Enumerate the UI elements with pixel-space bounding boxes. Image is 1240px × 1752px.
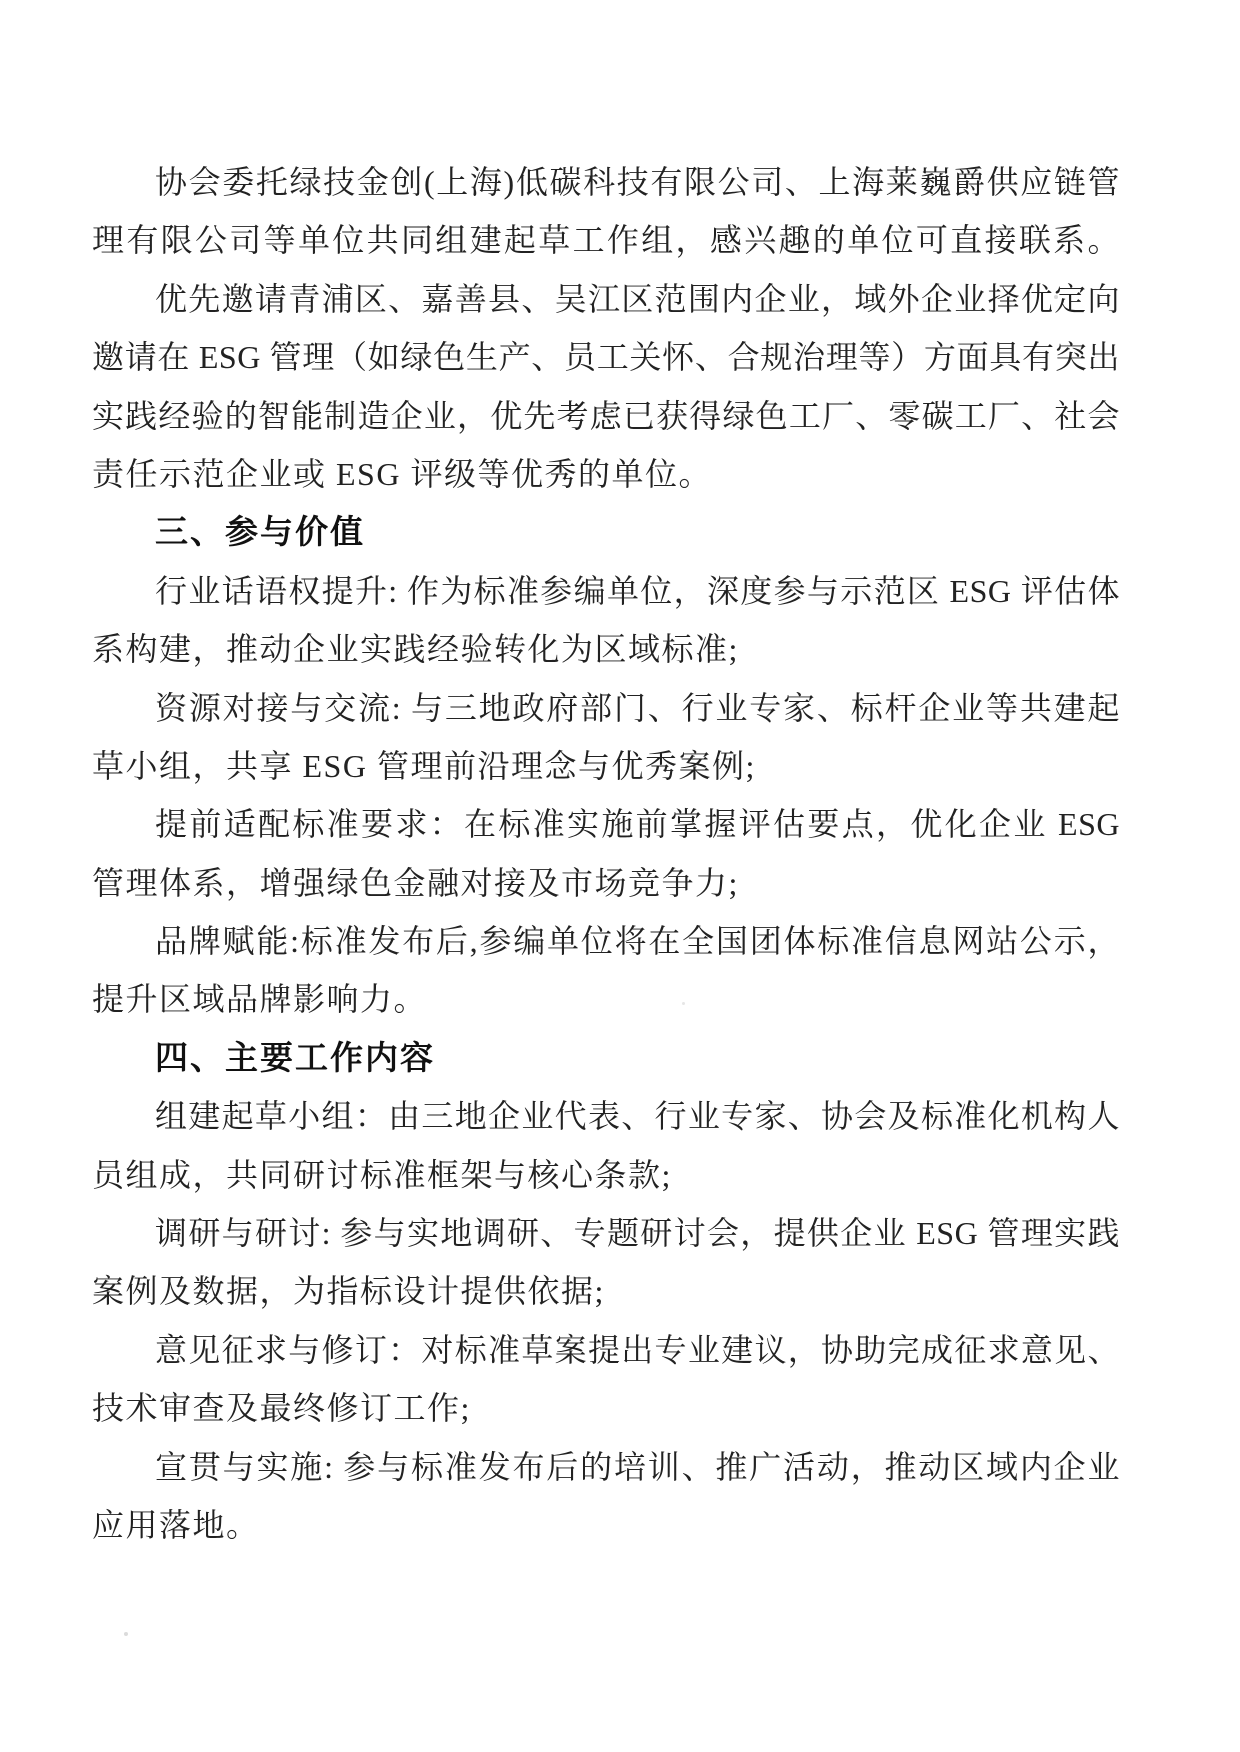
scan-speck: [1054, 295, 1058, 299]
section-heading: 三、参与价值: [92, 503, 1120, 561]
document-body: 协会委托绿技金创(上海)低碳科技有限公司、上海莱巍爵供应链管理有限公司等单位共同…: [92, 153, 1120, 1554]
section-heading: 四、主要工作内容: [92, 1029, 1120, 1087]
text-line: 资源对接与交流: 与三地政府部门、行业专家、标杆企业等共建起: [92, 679, 1120, 737]
text-line: 系构建，推动企业实践经验转化为区域标准;: [92, 620, 1120, 678]
scanned-document-page: 协会委托绿技金创(上海)低碳科技有限公司、上海莱巍爵供应链管理有限公司等单位共同…: [0, 0, 1240, 1752]
text-line: 理有限公司等单位共同组建起草工作组，感兴趣的单位可直接联系。: [92, 211, 1120, 269]
text-line: 行业话语权提升: 作为标准参编单位，深度参与示范区 ESG 评估体: [92, 562, 1120, 620]
text-line: 实践经验的智能制造企业，优先考虑已获得绿色工厂、零碳工厂、社会: [92, 387, 1120, 445]
text-line: 草小组，共享 ESG 管理前沿理念与优秀案例;: [92, 737, 1120, 795]
text-line: 意见征求与修订：对标准草案提出专业建议，协助完成征求意见、: [92, 1321, 1120, 1379]
text-line: 提升区域品牌影响力。: [92, 970, 1120, 1028]
text-line: 调研与研讨: 参与实地调研、专题研讨会，提供企业 ESG 管理实践: [92, 1204, 1120, 1262]
text-line: 协会委托绿技金创(上海)低碳科技有限公司、上海莱巍爵供应链管: [92, 153, 1120, 211]
text-line: 应用落地。: [92, 1496, 1120, 1554]
text-line: 责任示范企业或 ESG 评级等优秀的单位。: [92, 445, 1120, 503]
text-line: 技术审查及最终修订工作;: [92, 1379, 1120, 1437]
text-line: 提前适配标准要求：在标准实施前掌握评估要点，优化企业 ESG: [92, 795, 1120, 853]
text-line: 管理体系，增强绿色金融对接及市场竞争力;: [92, 854, 1120, 912]
text-line: 优先邀请青浦区、嘉善县、吴江区范围内企业，域外企业择优定向: [92, 270, 1120, 328]
scan-speck: [124, 1632, 128, 1636]
scan-speck: [682, 1002, 685, 1005]
text-line: 宣贯与实施: 参与标准发布后的培训、推广活动，推动区域内企业: [92, 1438, 1120, 1496]
text-line: 员组成，共同研讨标准框架与核心条款;: [92, 1146, 1120, 1204]
text-line: 组建起草小组：由三地企业代表、行业专家、协会及标准化机构人: [92, 1087, 1120, 1145]
text-line: 品牌赋能:标准发布后,参编单位将在全国团体标准信息网站公示，: [92, 912, 1120, 970]
text-line: 邀请在 ESG 管理（如绿色生产、员工关怀、合规治理等）方面具有突出: [92, 328, 1120, 386]
text-line: 案例及数据，为指标设计提供依据;: [92, 1262, 1120, 1320]
